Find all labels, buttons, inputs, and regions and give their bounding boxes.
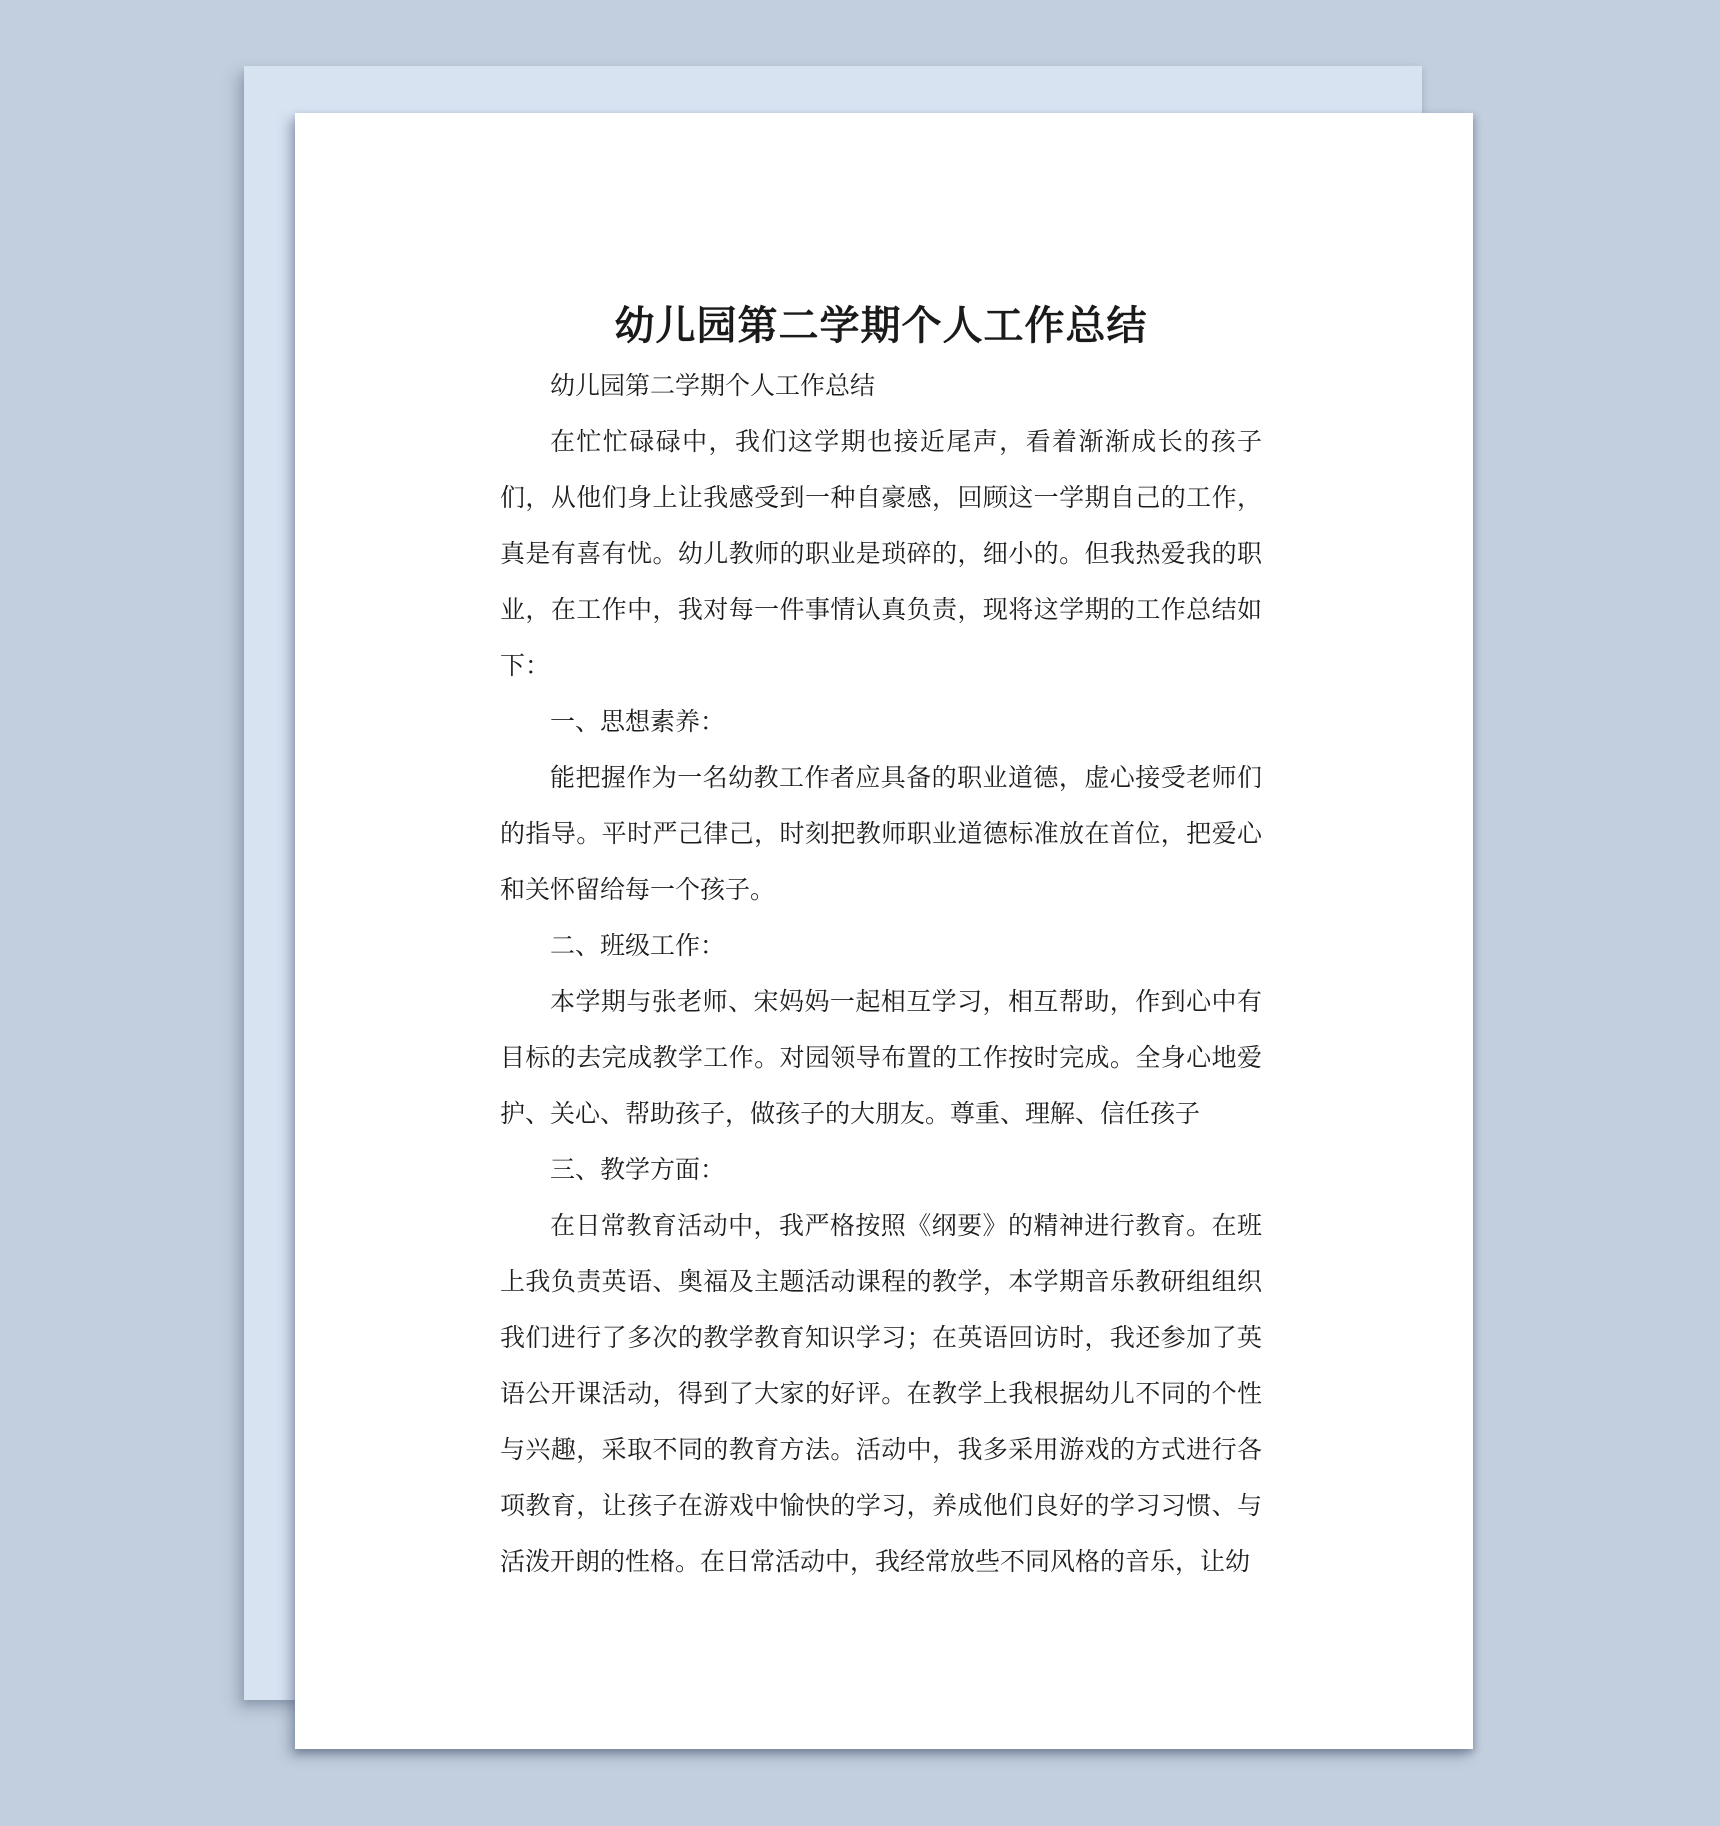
document-paragraph: 本学期与张老师、宋妈妈一起相互学习，相互帮助，作到心中有目标的去完成教学工作。对… [500,975,1262,1143]
document-title: 幼儿园第二学期个人工作总结 [500,293,1262,359]
document-paragraph: 二、班级工作： [500,919,1262,975]
document-body: 幼儿园第二学期个人工作总结在忙忙碌碌中，我们这学期也接近尾声，看着渐渐成长的孩子… [500,359,1262,1591]
document-paragraph: 在忙忙碌碌中，我们这学期也接近尾声，看着渐渐成长的孩子们，从他们身上让我感受到一… [500,415,1262,695]
desk-background: 幼儿园第二学期个人工作总结 幼儿园第二学期个人工作总结在忙忙碌碌中，我们这学期也… [0,0,1720,1826]
document-paragraph: 幼儿园第二学期个人工作总结 [500,359,1262,415]
document-paragraph: 能把握作为一名幼教工作者应具备的职业道德，虚心接受老师们的指导。平时严己律己，时… [500,751,1262,919]
document-page: 幼儿园第二学期个人工作总结 幼儿园第二学期个人工作总结在忙忙碌碌中，我们这学期也… [295,113,1473,1749]
document-paragraph: 一、思想素养： [500,695,1262,751]
document-paragraph: 三、教学方面： [500,1143,1262,1199]
document-paragraph: 在日常教育活动中，我严格按照《纲要》的精神进行教育。在班上我负责英语、奥福及主题… [500,1199,1262,1591]
